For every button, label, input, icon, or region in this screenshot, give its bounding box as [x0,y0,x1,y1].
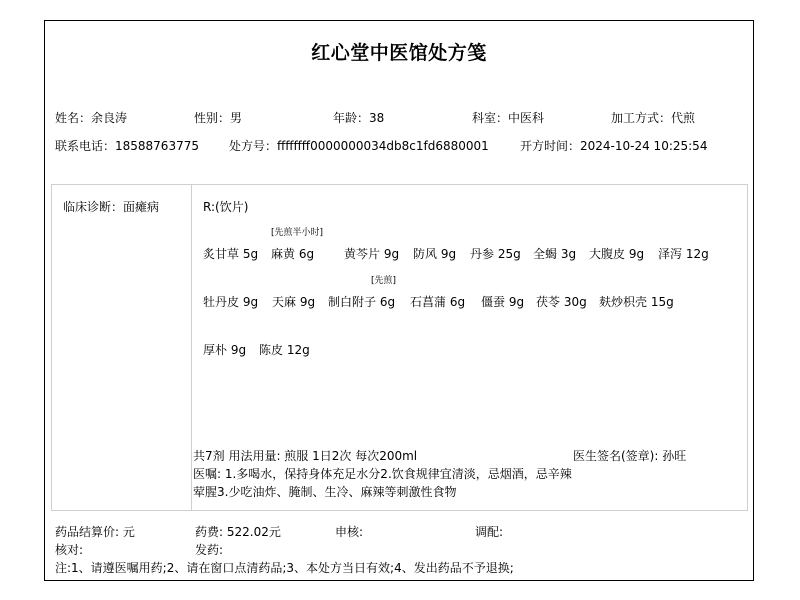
department: 科室：中医科 [472,109,544,126]
issue-time: 开方时间：2024-10-24 10:25:54 [520,137,707,154]
herb-item: 全蝎 3g [533,245,576,262]
medical-advice: 医嘱: 1.多喝水，保持身体充足水分2.饮食规律宜清淡，忌烟酒，忌辛辣荤腥3.少… [193,465,578,501]
herb-item: 僵蚕 9g [481,293,524,310]
herb-item: 麻黄 6g [271,245,314,262]
herb-item: 黄芩片 9g [344,245,399,262]
check-field: 核对: [55,541,83,558]
herb-item: 茯苓 30g [536,293,587,310]
patient-name: 姓名：余良涛 [55,109,127,126]
patient-age: 年龄：38 [333,109,384,126]
herb-item: 厚朴 9g [203,341,246,358]
herb-item: 泽泻 12g [658,245,709,262]
herb-item: 炙甘草 5g [203,245,258,262]
herb-item: 丹参 25g [470,245,521,262]
clinical-diagnosis: 临床诊断：面瘫病 [63,198,159,215]
footer-notice: 注:1、请遵医嘱用药;2、请在窗口点清药品;3、本处方当日有效;4、发出药品不予… [55,559,514,576]
herb-item: 制白附子 6g [328,293,395,310]
dosage-usage: 共7剂 用法用量: 煎服 1日2次 每次200ml [193,447,417,464]
drug-fee: 药费: 522.02元 [195,523,281,540]
herb-item: 大腹皮 9g [589,245,644,262]
doctor-signature: 医生签名(签章): 孙旺 [573,447,686,464]
column-divider [191,185,192,510]
herb-item: 陈皮 12g [259,341,310,358]
processing-method: 加工方式：代煎 [611,109,695,126]
prescription-number: 处方号：ffffffff0000000034db8c1fd6880001 [229,137,489,154]
page-title: 红心堂中医馆处方笺 [45,38,753,65]
settlement-price: 药品结算价: 元 [55,523,135,540]
prescription-body: 临床诊断：面瘫病 R:(饮片) 炙甘草 5g [先煎半小时] 麻黄 6g 黄芩片… [51,184,748,511]
herb-item: 麸炒枳壳 15g [599,293,674,310]
prescription-form: 红心堂中医馆处方笺 姓名：余良涛 性别：男 年龄：38 科室：中医科 加工方式：… [44,20,754,581]
prescription-type: R:(饮片) [203,198,248,215]
herb-note: [先煎] [371,273,396,286]
herb-item: 石菖蒲 6g [410,293,465,310]
dispense-prep-field: 调配: [475,523,503,540]
patient-phone: 联系电话：18588763775 [55,137,199,154]
dispense-field: 发药: [195,541,223,558]
patient-gender: 性别：男 [194,109,242,126]
review-field: 申核: [335,523,363,540]
herb-item: 天麻 9g [272,293,315,310]
herb-item: 牡丹皮 9g [203,293,258,310]
herb-note: [先煎半小时] [271,225,323,238]
herb-item: 防风 9g [413,245,456,262]
